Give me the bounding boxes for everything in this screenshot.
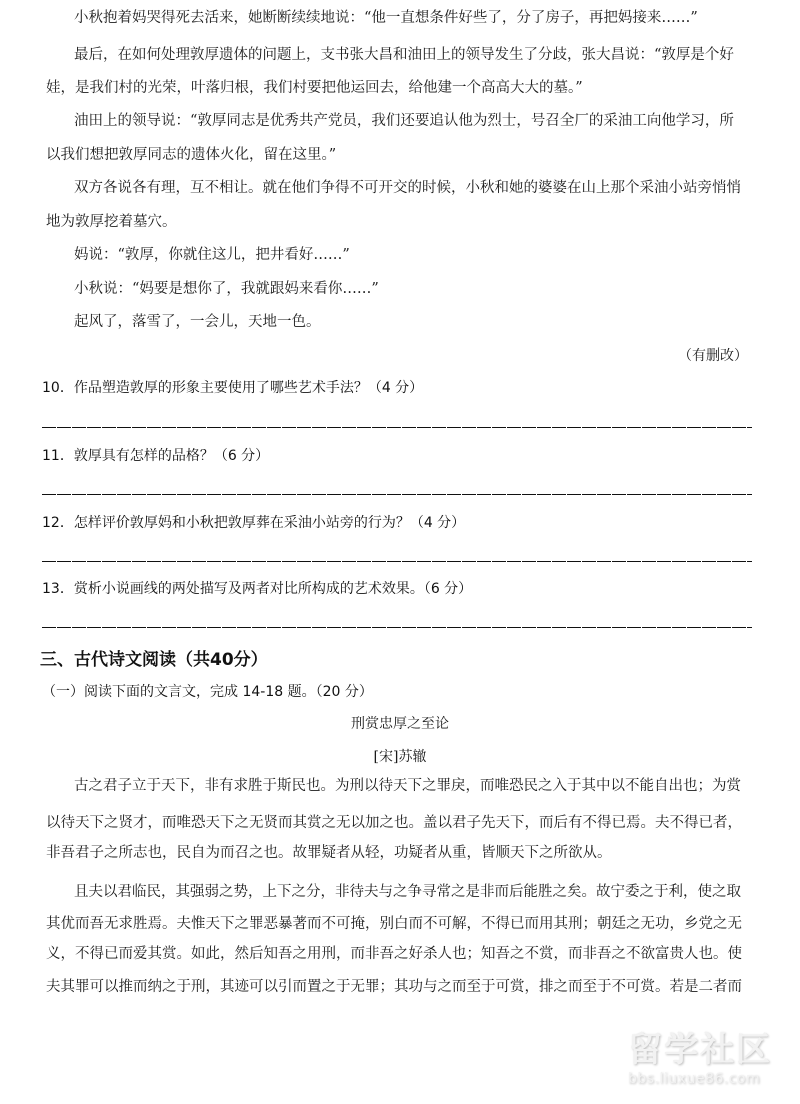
classical-paragraph-cont: 非吾君子之所志也，民自为而召之也。故罪疑者从轻，功疑者从重，皆顺天下之所欲从。 <box>46 843 800 863</box>
classical-paragraph: 古之君子立于天下，非有求胜于斯民也。为刑以待天下之罪戾，而唯恐民之入于其中以不能… <box>74 776 800 796</box>
classical-text-author: [宋]苏辙 <box>0 746 800 766</box>
story-ending: 起风了，落雪了，一会儿，天地一色。 <box>74 312 800 332</box>
section-subtitle: （一）阅读下面的文言文，完成 14-18 题。（20 分） <box>42 681 373 701</box>
classical-paragraph-cont: 义，不得已而爱其赏。如此，然后知吾之用刑，而非吾之好杀人也；知吾之不赏，而非吾之… <box>46 944 800 964</box>
question-10: 10．作品塑造敦厚的形象主要使用了哪些艺术手法？（4 分） <box>42 378 423 398</box>
edited-note: （有删改） <box>678 345 748 365</box>
answer-line-12[interactable] <box>42 561 752 562</box>
classical-paragraph-cont: 夫其罪可以推而纳之于刑，其迹可以引而置之于无罪；其功与之而至于可赏，排之而至于不… <box>46 977 800 997</box>
story-paragraph: 油田上的领导说：“敦厚同志是优秀共产党员，我们还要追认他为烈士，号召全厂的采油工… <box>74 111 800 131</box>
watermark-logo: 留学社区 bbs.liuxue86.com <box>628 1030 788 1100</box>
story-paragraph: 最后，在如何处理敦厚遗体的问题上，支书张大昌和油田上的领导发生了分歧，张大昌说：… <box>74 45 800 65</box>
question-12: 12．怎样评价敦厚妈和小秋把敦厚葬在采油小站旁的行为？（4 分） <box>42 513 465 533</box>
answer-line-10[interactable] <box>42 427 752 428</box>
story-dialogue: 小秋说：“妈要是想你了，我就跟妈来看你……” <box>74 279 800 299</box>
classical-text-title: 刑赏忠厚之至论 <box>0 713 800 733</box>
story-paragraph: 双方各说各有理，互不相让。就在他们争得不可开交的时候，小秋和她的婆婆在山上那个采… <box>74 178 800 198</box>
story-paragraph: 小秋抱着妈哭得死去活来，她断断续续地说：“他一直想条件好些了，分了房子，再把妈接… <box>74 8 800 28</box>
story-paragraph-cont: 地为敦厚挖着墓穴。 <box>46 212 800 232</box>
answer-line-13[interactable] <box>42 627 752 628</box>
story-paragraph-cont: 娃，是我们村的光荣，叶落归根，我们村要把他运回去，给他建一个高高大大的墓。” <box>46 78 800 98</box>
question-11: 11．敦厚具有怎样的品格？（6 分） <box>42 446 269 466</box>
story-dialogue: 妈说：“敦厚，你就住这儿，把井看好……” <box>74 245 800 265</box>
watermark-brand: 留学社区 <box>628 1030 788 1070</box>
watermark-url: bbs.liuxue86.com <box>628 1070 788 1088</box>
section-title: 三、古代诗文阅读（共40分） <box>40 645 268 670</box>
classical-paragraph-cont: 其优而吾无求胜焉。夫惟天下之罪恶暴著而不可掩，别白而不可解，不得已而用其刑；朝廷… <box>46 914 800 934</box>
classical-paragraph: 且夫以君临民，其强弱之势，上下之分，非待夫与之争寻常之是非而后能胜之矣。故宁委之… <box>74 882 800 902</box>
question-13: 13．赏析小说画线的两处描写及两者对比所构成的艺术效果。（6 分） <box>42 579 472 599</box>
story-paragraph-cont: 以我们想把敦厚同志的遗体火化，留在这里。” <box>46 145 800 165</box>
classical-paragraph-cont: 以待天下之贤才，而唯恐天下之无贤而其赏之无以加之也。盖以君子先天下，而后有不得已… <box>46 813 800 833</box>
answer-line-11[interactable] <box>42 494 752 495</box>
